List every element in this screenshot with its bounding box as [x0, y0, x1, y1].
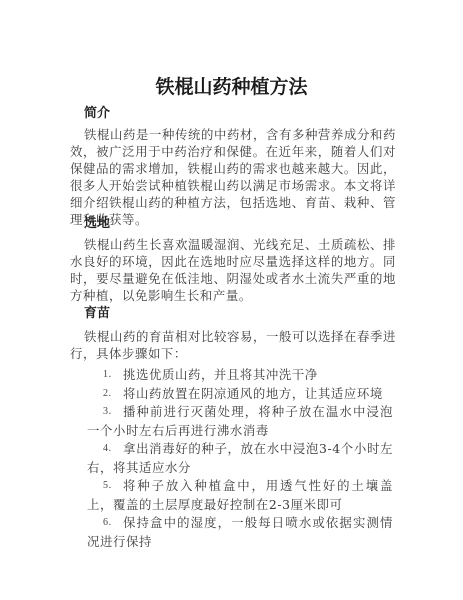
section-heading-site-selection: 选地 [84, 215, 110, 233]
intro-paragraph: 铁棍山药是一种传统的中药材，含有多种营养成分和药效，被广泛用于中药治疗和保健。在… [70, 126, 396, 228]
list-number: 2. [103, 385, 112, 404]
seedling-steps-list: 1. 挑选优质山药，并且将其冲洗干净 2. 将山药放置在阴凉通风的地方，让其适应… [87, 366, 393, 551]
list-item: 6. 保持盒中的湿度，一般每日喷水或依据实测情况进行保持 [87, 514, 393, 551]
list-item: 5. 将种子放入种植盒中，用透气性好的土壤盖上，覆盖的土层厚度最好控制在2-3厘… [87, 477, 393, 514]
document-title: 铁棍山药种植方法 [0, 74, 463, 100]
list-item: 1. 挑选优质山药，并且将其冲洗干净 [87, 366, 393, 385]
list-item-text: 播种前进行灭菌处理，将种子放在温水中浸泡一个小时左右后再进行沸水消毒 [87, 404, 393, 438]
list-number: 5. [103, 477, 112, 496]
list-item-text: 挑选优质山药，并且将其冲洗干净 [123, 367, 318, 382]
list-item: 3. 播种前进行灭菌处理，将种子放在温水中浸泡一个小时左右后再进行沸水消毒 [87, 403, 393, 440]
list-number: 3. [103, 403, 112, 422]
list-item-text: 保持盒中的湿度，一般每日喷水或依据实测情况进行保持 [87, 515, 393, 549]
list-item-text: 拿出消毒好的种子，放在水中浸泡3-4个小时左右，将其适应水分 [87, 441, 393, 475]
list-number: 6. [103, 514, 112, 533]
list-item-text: 将山药放置在阴凉通风的地方，让其适应环境 [123, 386, 383, 401]
site-selection-paragraph: 铁棍山药生长喜欢温暖湿润、光线充足、土质疏松、排水良好的环境，因此在选地时应尽量… [70, 236, 396, 304]
list-number: 4. [103, 440, 112, 459]
document-page: 铁棍山药种植方法 简介 铁棍山药是一种传统的中药材，含有多种营养成分和药效，被广… [0, 0, 463, 600]
list-number: 1. [103, 366, 112, 385]
section-heading-intro: 简介 [84, 105, 110, 123]
list-item: 2. 将山药放置在阴凉通风的地方，让其适应环境 [87, 385, 393, 404]
section-heading-seedling: 育苗 [84, 305, 110, 323]
list-item-text: 将种子放入种植盒中，用透气性好的土壤盖上，覆盖的土层厚度最好控制在2-3厘米即可 [87, 478, 393, 512]
seedling-paragraph: 铁棍山药的育苗相对比较容易，一般可以选择在春季进行，具体步骤如下： [70, 328, 396, 362]
list-item: 4. 拿出消毒好的种子，放在水中浸泡3-4个小时左右，将其适应水分 [87, 440, 393, 477]
